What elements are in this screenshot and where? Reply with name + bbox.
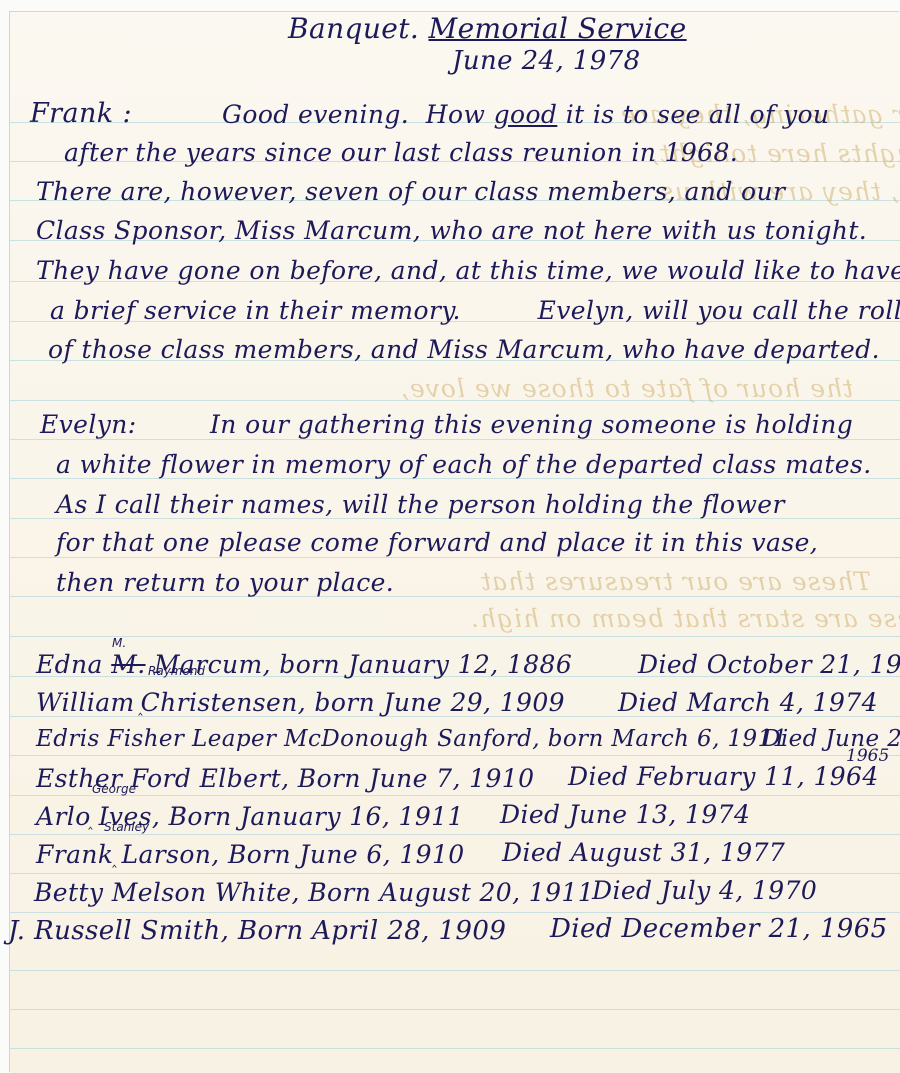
frank-line: Class Sponsor, Miss Marcum, who are not … (36, 216, 867, 245)
insertion-caret-icon: ‸ (112, 852, 117, 868)
roll-name: Esther Ford Elbert, (36, 764, 289, 793)
roll-death: Died February 11, 1964 (568, 762, 879, 791)
frank-line: of those class members, and Miss Marcum,… (48, 335, 880, 364)
ruled-line (10, 557, 900, 558)
speaker-evelyn: Evelyn: (40, 410, 137, 439)
show-through-text: But these are stars that beam on high. (470, 604, 900, 633)
title-prefix: Banquet. (288, 12, 419, 45)
ruled-line (10, 873, 900, 874)
roll-name: Arlo (36, 802, 91, 831)
roll-entry: Betty Melson White, Born August 20, 1911 (34, 878, 594, 907)
ruled-line (10, 834, 900, 835)
roll-birth: Christensen, born June 29, 1909 (141, 688, 565, 717)
show-through-text: the hour of fate to those we love, (400, 374, 853, 403)
roll-death: Died December 21, 1965 (550, 914, 888, 944)
roll-birth: born March 6, 1911 (548, 726, 788, 752)
frank-text: Evelyn, will you call the roll (538, 296, 900, 325)
inserted-middle-name: Stanley (104, 820, 149, 834)
document-date: June 24, 1978 (452, 46, 641, 76)
insertion-caret-icon: ‸ (138, 700, 143, 716)
ruled-line (10, 439, 900, 440)
roll-birth: Born April 28, 1909 (238, 916, 506, 946)
roll-death: Died August 31, 1977 (502, 838, 785, 867)
frank-line: after the years since our last class reu… (64, 138, 738, 167)
inserted-middle-name: Raymond (148, 664, 205, 678)
roll-death: Died July 4, 1970 (592, 876, 817, 905)
inserted-middle-name: George (92, 782, 136, 796)
roll-birth: Ives, Born January 16, 1911 (99, 802, 464, 831)
roll-birth: Marcum, born January 12, 1886 (154, 650, 572, 679)
evelyn-line: In our gathering this evening someone is… (210, 410, 853, 439)
insertion-caret-icon: ‸ (88, 814, 93, 830)
roll-entry: FrankLarson, Born June 6, 1910 (36, 840, 465, 869)
roll-entry: Edna M. Marcum, born January 12, 1886 (36, 650, 572, 679)
frank-line: There are, however, seven of our class m… (36, 177, 785, 206)
ruled-line (10, 755, 900, 756)
frank-text: Good evening. (222, 100, 409, 129)
roll-birth: Born August 20, 1911 (308, 878, 594, 907)
ruled-line (10, 970, 900, 971)
document-title: Banquet. Memorial Service (288, 12, 687, 45)
ruled-line (10, 795, 900, 796)
speaker-frank: Frank : (30, 98, 132, 129)
roll-entry: ArloIves, Born January 16, 1911 (36, 802, 464, 831)
roll-entry: J. Russell Smith, Born April 28, 1909 (8, 916, 506, 946)
ruled-line (10, 1048, 900, 1049)
frank-line: Good evening. How good it is to see all … (222, 100, 829, 129)
roll-birth: Born June 7, 1910 (298, 764, 535, 793)
evelyn-line: then return to your place. (56, 568, 394, 597)
ruled-line (10, 912, 900, 913)
frank-line: a brief service in their memory. Evelyn,… (50, 296, 900, 325)
roll-name: Frank (36, 840, 113, 869)
ruled-line (10, 636, 900, 637)
struck-initial: M. (111, 650, 145, 679)
roll-name: J. Russell Smith, (8, 916, 229, 946)
evelyn-line: for that one please come forward and pla… (56, 528, 818, 557)
frank-text: How (426, 100, 485, 129)
frank-line: They have gone on before, and, at this t… (36, 256, 900, 285)
roll-death: Died June 13, 1974 (500, 800, 750, 829)
roll-name: William (36, 688, 135, 717)
inserted-initial: M. (112, 636, 126, 650)
show-through-text: These are our treasures that (480, 567, 871, 596)
roll-death: Died October 21, 1972 (638, 650, 900, 679)
roll-entry: Edris Fisher Leaper McDonough Sanford, b… (36, 726, 788, 752)
evelyn-line: a white flower in memory of each of the … (56, 450, 872, 479)
roll-name: Betty Melson White, (34, 878, 300, 907)
roll-name: Edris Fisher Leaper McDonough Sanford, (36, 726, 540, 752)
roll-death: Died March 4, 1974 (618, 688, 878, 717)
evelyn-line: As I call their names, will the person h… (56, 490, 785, 519)
title-text: Memorial Service (429, 12, 687, 45)
frank-text: a brief service in their memory. (50, 296, 461, 325)
frank-text: it is to see all of you (566, 100, 830, 129)
roll-birth: Larson, Born June 6, 1910 (121, 840, 464, 869)
ruled-line (10, 1009, 900, 1010)
roll-name: Edna (36, 650, 103, 679)
frank-text-underlined: good (494, 100, 558, 129)
roll-entry: WilliamChristensen, born June 29, 1909 (36, 688, 565, 717)
